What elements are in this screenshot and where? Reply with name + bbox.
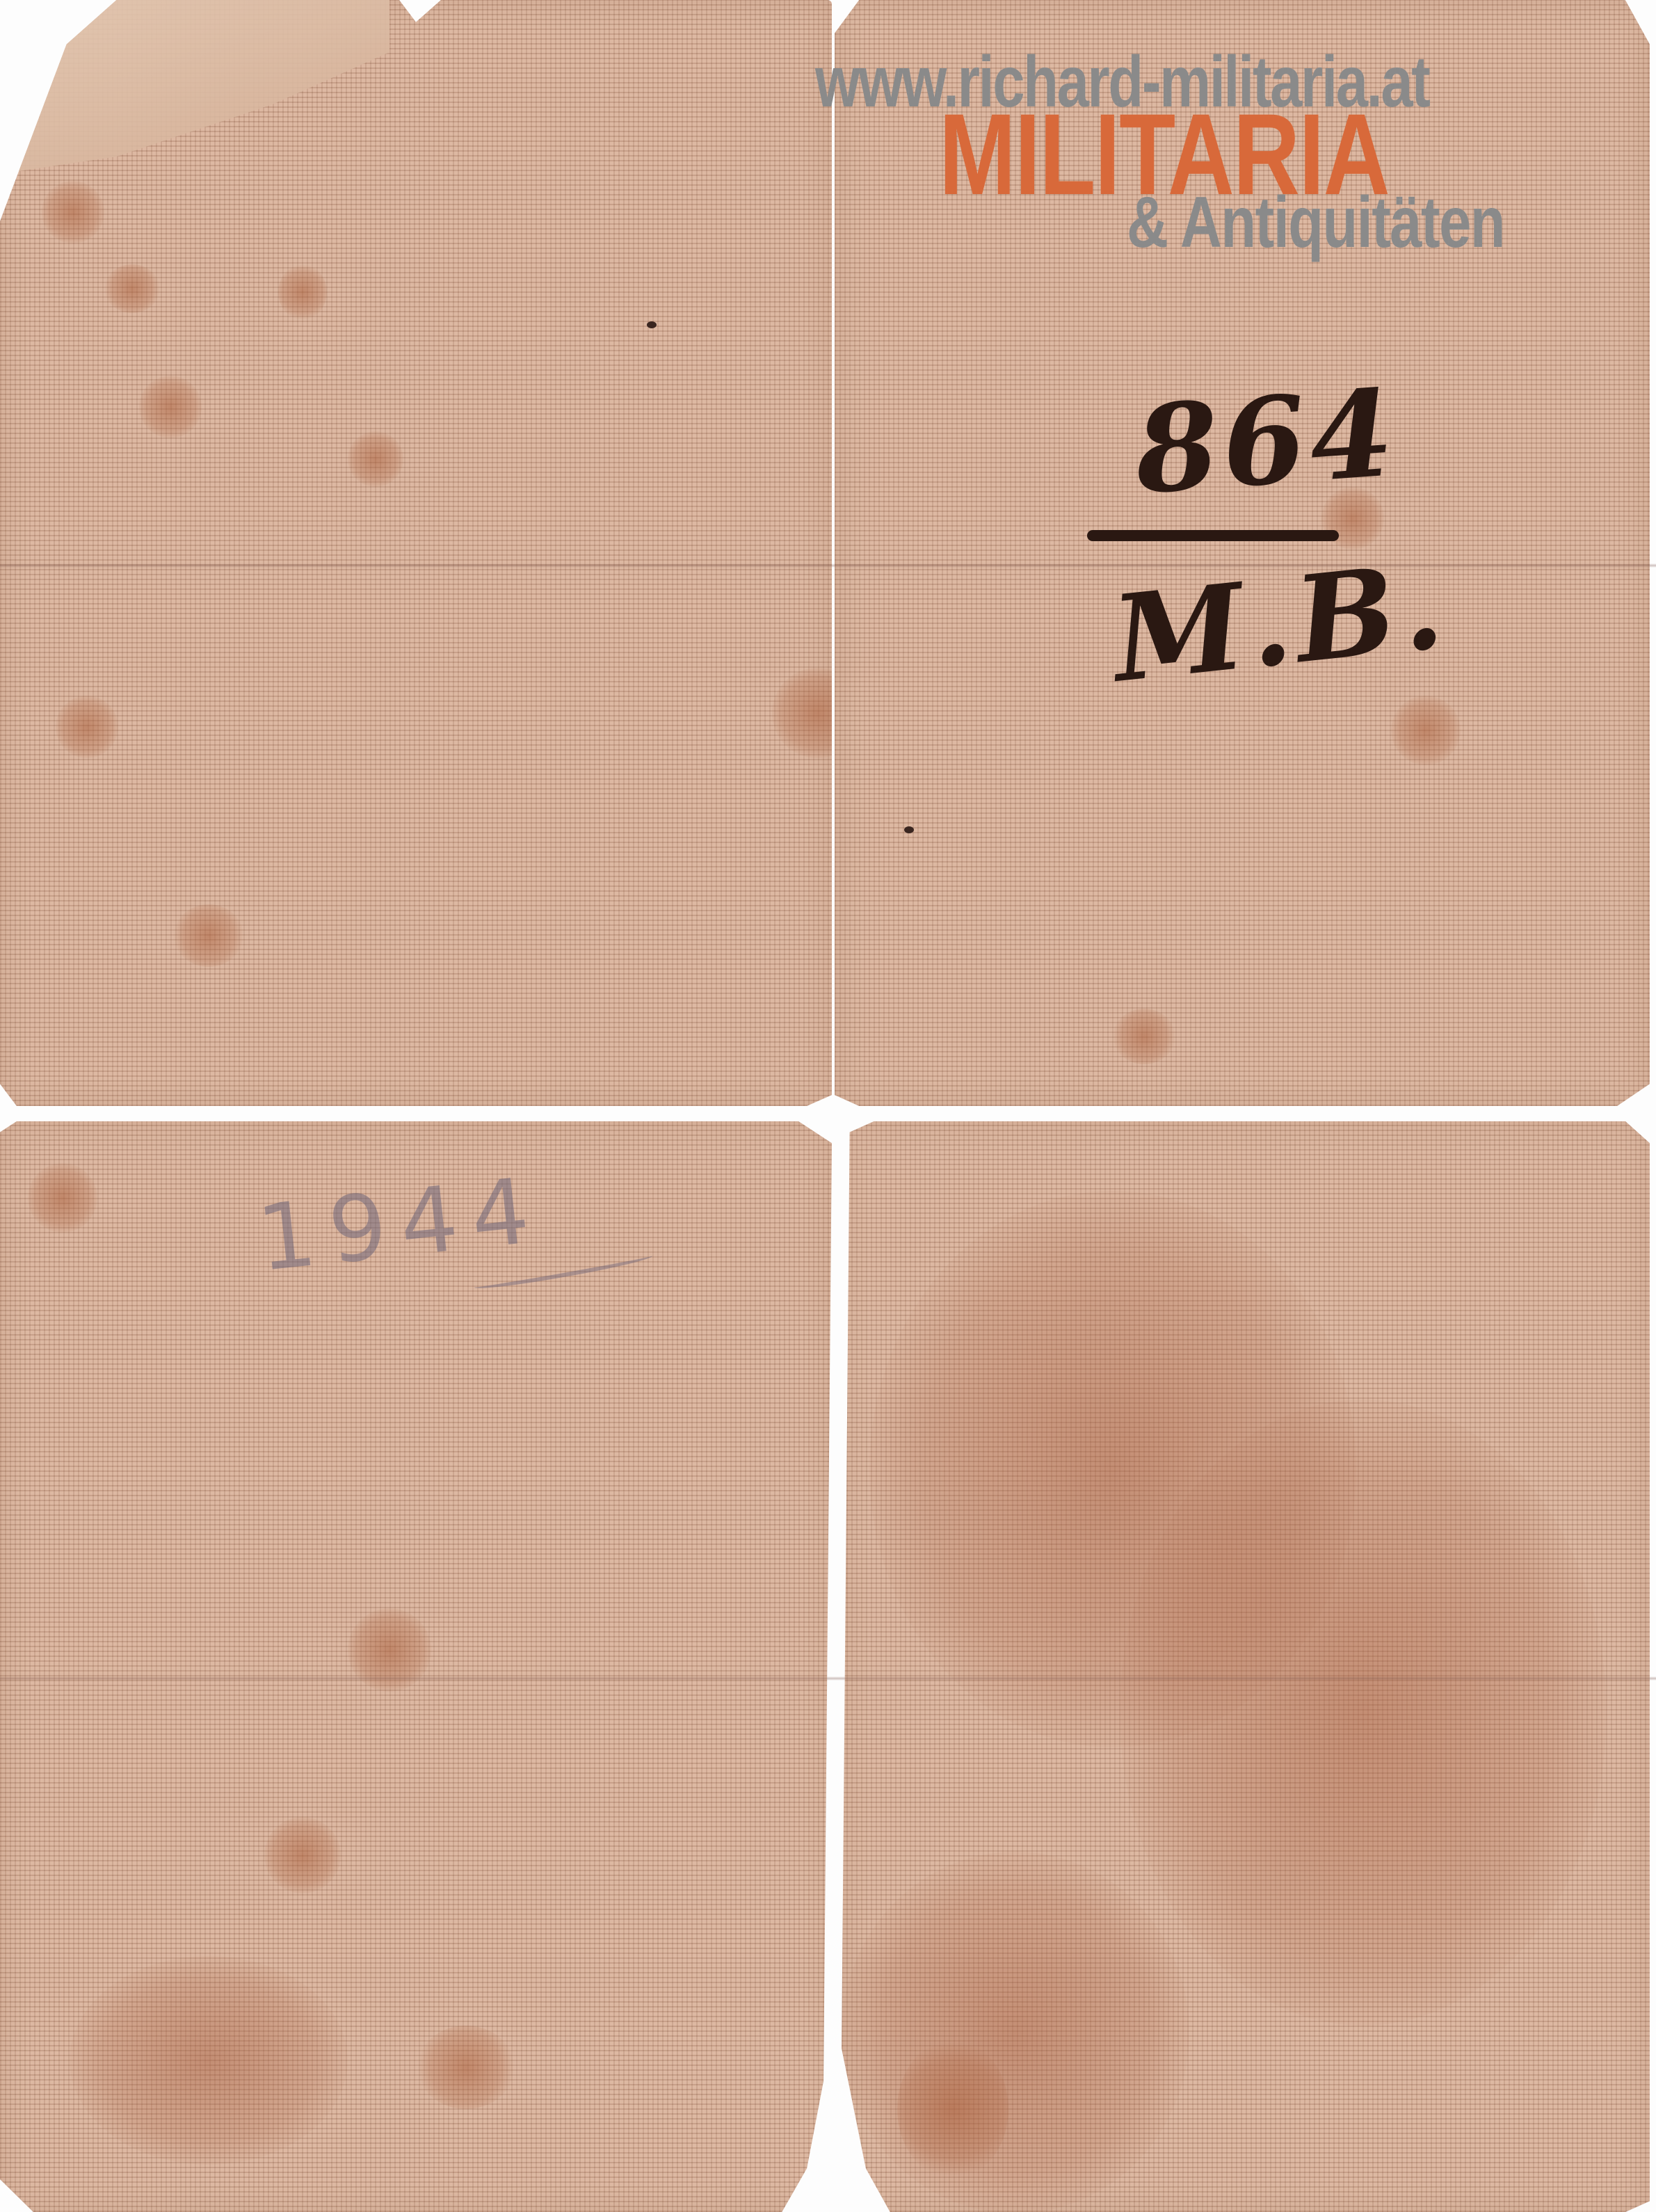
stain-dark	[897, 2039, 1008, 2179]
stain-large	[1120, 1400, 1607, 2026]
stain	[1113, 1009, 1175, 1064]
cloth-panel-bottom-right	[842, 1121, 1650, 2212]
stain	[139, 376, 202, 438]
stain	[174, 904, 243, 967]
stain	[56, 696, 118, 758]
stain-large	[869, 1191, 1356, 1747]
cloth-panel-top-left	[0, 0, 832, 1106]
watermark-subtitle: & Antiquitäten	[1127, 186, 1504, 259]
ink-fraction-line	[1087, 530, 1339, 541]
stain	[28, 1163, 97, 1233]
stain	[348, 431, 403, 487]
stain	[1391, 696, 1461, 765]
photo-background: 864 M.B. 1944 www.richard-militaria.at M…	[0, 0, 1656, 2212]
frayed-corner	[0, 0, 389, 174]
ink-inventory-number: 864	[1131, 367, 1401, 517]
fold-crease	[0, 1676, 1656, 1681]
cloth-panel-bottom-left	[0, 1121, 832, 2212]
stain	[417, 2026, 515, 2109]
stain-dark	[772, 668, 832, 758]
stain	[278, 264, 327, 320]
stain-large	[842, 1852, 1189, 2212]
stain	[264, 1817, 341, 1893]
stain-large	[70, 1956, 348, 2165]
ink-speck	[647, 321, 657, 328]
stain	[104, 264, 160, 313]
ink-speck	[904, 826, 914, 833]
stain	[42, 181, 104, 243]
